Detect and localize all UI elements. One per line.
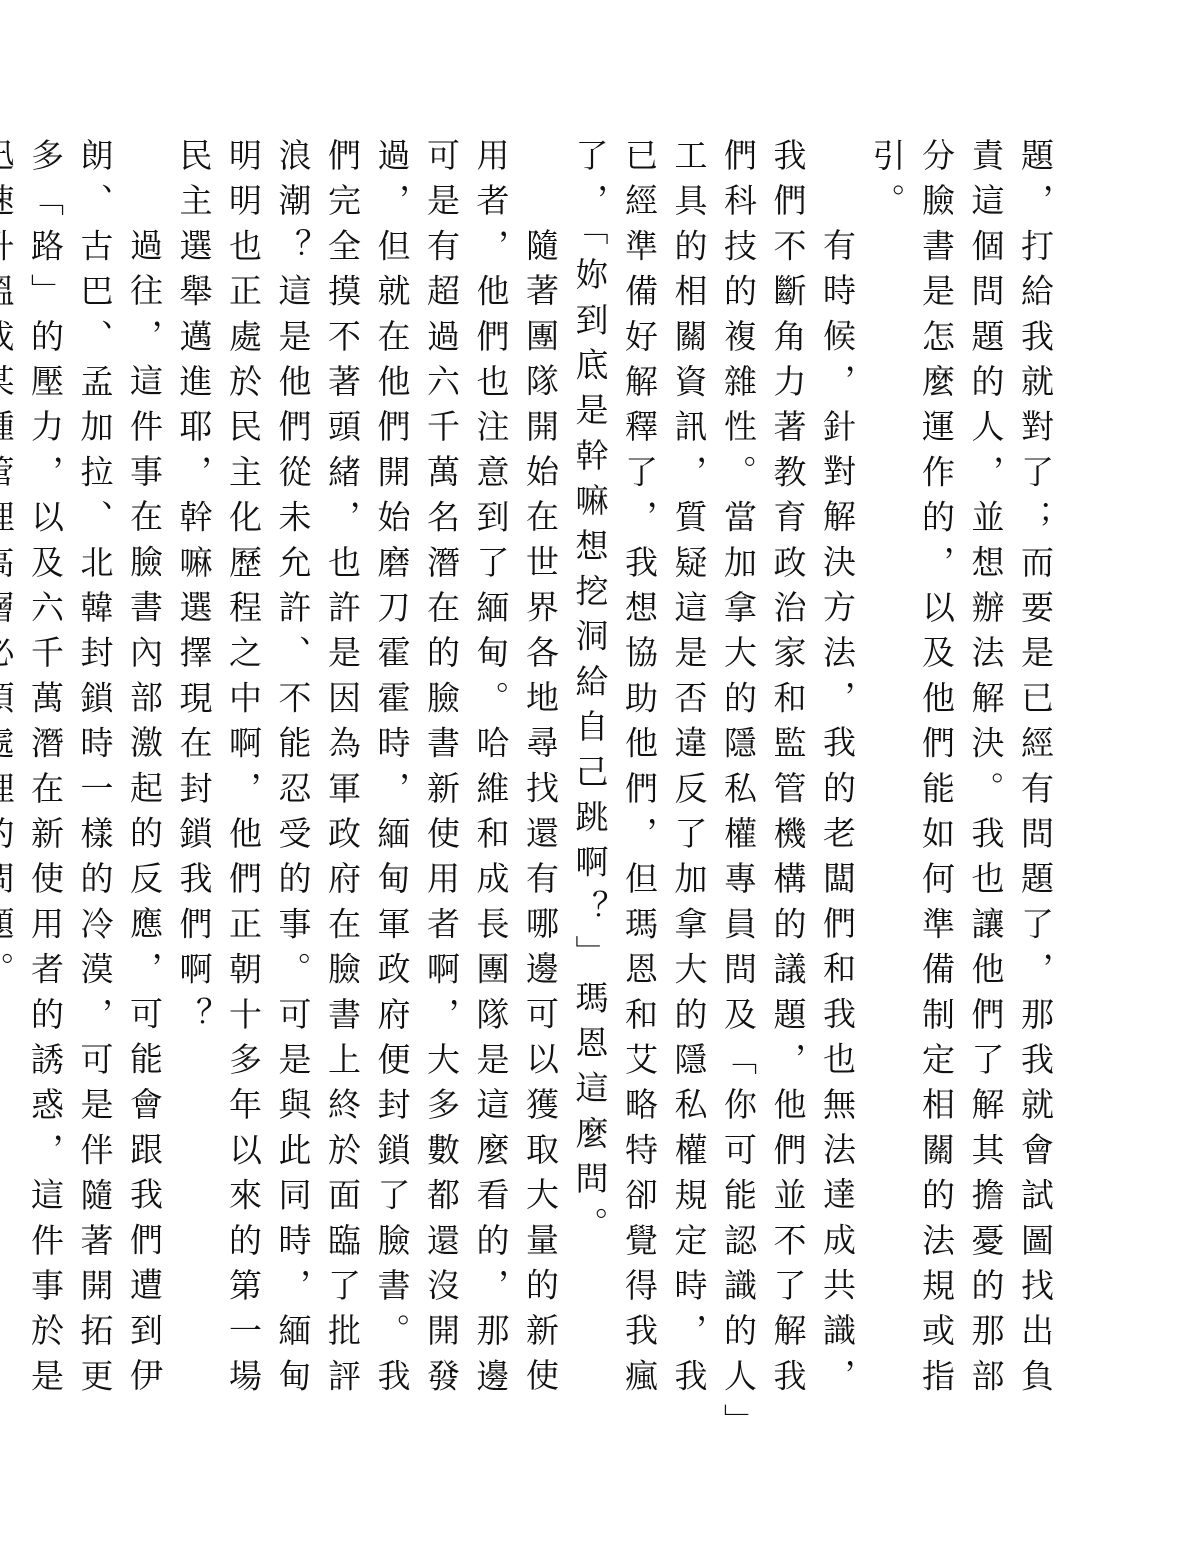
- paragraph-2: 有時候，針對解決方法，我的老闆們和我也無法達成共識，我們不斷角力著教育政治家和監…: [565, 138, 862, 1438]
- book-page: 題，打給我就對了；而要是已經有問題了，那我就會試圖找出負責這個問題的人，並想辦法…: [200, 138, 1060, 1438]
- paragraph-4: 過往，這件事在臉書內部激起的反應，可能會跟我們遭到伊朗、古巴、孟加拉、北韓封鎖時…: [0, 138, 169, 1438]
- paragraph-1: 題，打給我就對了；而要是已經有問題了，那我就會試圖找出負責這個問題的人，並想辦法…: [862, 138, 1060, 1438]
- paragraph-3: 隨著團隊開始在世界各地尋找還有哪邊可以獲取大量的新使用者，他們也注意到了緬甸。哈…: [169, 138, 565, 1438]
